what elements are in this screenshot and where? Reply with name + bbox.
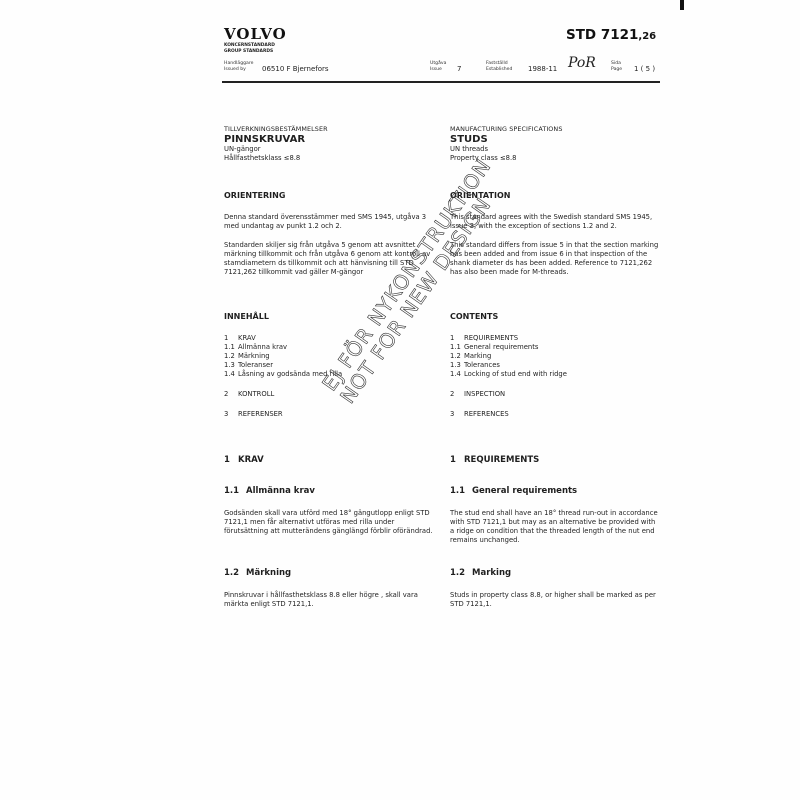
orientation-paragraph-1: Denna standard överensstämmer med SMS 19… (224, 213, 434, 231)
page-value: 1 ( 5 ) (634, 65, 655, 73)
toc-label: Låsning av godsända med rilla (238, 370, 342, 379)
toc-label: Tolerances (464, 361, 500, 370)
section-title: Märkning (246, 569, 291, 578)
toc-num: 1.1 (224, 343, 238, 352)
logo-sub-line-1: KONCERNSTANDARD (224, 43, 275, 49)
toc-num: 1.4 (450, 370, 464, 379)
toc-label: General requirements (464, 343, 538, 352)
standard-number-suffix: ,26 (638, 31, 656, 42)
toc-num: 1.2 (450, 352, 464, 361)
table-of-contents: 1REQUIREMENTS 1.1General requirements 1.… (450, 334, 660, 419)
section-1-heading: 1REQUIREMENTS (450, 456, 539, 465)
toc-item: 1KRAV (224, 334, 434, 343)
standard-number-main: STD 7121 (566, 27, 638, 43)
toc-item: 1.4Låsning av godsända med rilla (224, 370, 434, 379)
toc-item: 1.2Marking (450, 352, 660, 361)
header-divider (222, 81, 660, 83)
issue-label: Utgåva Issue (430, 61, 446, 72)
toc-item: 3REFERENCES (450, 410, 660, 419)
section-1-2-heading: 1.2Märkning (224, 569, 291, 578)
section-1-1-heading: 1.1Allmänna krav (224, 487, 315, 496)
toc-num: 1 (450, 334, 464, 343)
toc-label: Marking (464, 352, 491, 361)
section-title: Marking (472, 569, 511, 578)
section-num: 1.1 (224, 487, 246, 496)
orientation-heading: ORIENTERING (224, 191, 285, 200)
section-num: 1 (224, 456, 238, 465)
table-of-contents: 1KRAV 1.1Allmänna krav 1.2Märkning 1.3To… (224, 334, 434, 419)
subtitle-class: Hållfasthetsklass ≤8.8 (224, 154, 328, 163)
established-label: Fastställd Established (486, 61, 512, 72)
issued-by-value: 06510 F Bjernefors (262, 65, 329, 73)
section-title: General requirements (472, 487, 577, 496)
toc-num: 1 (224, 334, 238, 343)
page-label: Sida Page (611, 61, 622, 72)
toc-item: 3REFERENSER (224, 410, 434, 419)
section-title: KRAV (238, 456, 264, 465)
toc-item: 1.3Toleranser (224, 361, 434, 370)
orientation-paragraph-2: Standarden skiljer sig från utgåva 5 gen… (224, 241, 434, 277)
toc-item: 1.3Tolerances (450, 361, 660, 370)
issue-label-sv: Utgåva (430, 61, 446, 67)
issued-by-label-sv: Handläggare (224, 61, 253, 67)
section-1-1-body: Godsänden skall vara utförd med 18° gäng… (224, 509, 434, 536)
toc-num: 1.4 (224, 370, 238, 379)
established-value: 1988-11 (528, 65, 557, 73)
toc-num: 1.3 (450, 361, 464, 370)
section-1-1-body: The stud end shall have an 18° thread ru… (450, 509, 660, 545)
toc-label: REQUIREMENTS (464, 334, 518, 343)
standard-number: STD 7121,26 (566, 27, 656, 43)
toc-num: 3 (450, 410, 464, 419)
volvo-logo: VOLVO (224, 25, 287, 43)
logo-subtitle: KONCERNSTANDARD GROUP STANDARDS (224, 43, 275, 54)
toc-label: KRAV (238, 334, 256, 343)
toc-label: Märkning (238, 352, 270, 361)
issued-by-label: Handläggare Issued by (224, 61, 253, 72)
toc-num: 1.1 (450, 343, 464, 352)
section-1-2-body: Pinnskruvar i hållfasthetsklass 8.8 elle… (224, 591, 434, 609)
page-label-en: Page (611, 67, 622, 73)
contents-heading: CONTENTS (450, 312, 498, 321)
section-title: REQUIREMENTS (464, 456, 539, 465)
orientation-heading: ORIENTATION (450, 191, 510, 200)
section-num: 1.2 (450, 569, 472, 578)
section-title: Allmänna krav (246, 487, 315, 496)
subtitle-class: Property class ≤8.8 (450, 154, 562, 163)
toc-label: KONTROLL (238, 390, 274, 399)
toc-label: Locking of stud end with ridge (464, 370, 567, 379)
toc-num: 2 (224, 390, 238, 399)
section-1-2-heading: 1.2Marking (450, 569, 511, 578)
orientation-paragraph-1: This standard agrees with the Swedish st… (450, 213, 660, 231)
section-1-heading: 1KRAV (224, 456, 264, 465)
doc-title: STUDS (450, 134, 562, 145)
doc-title: PINNSKRUVAR (224, 134, 328, 145)
signature: PoR (568, 55, 596, 71)
toc-num: 2 (450, 390, 464, 399)
orientation-paragraph-2: This standard differs from issue 5 in th… (450, 241, 660, 277)
title-block-en: MANUFACTURING SPECIFICATIONS STUDS UN th… (450, 125, 562, 163)
section-1-1-heading: 1.1General requirements (450, 487, 577, 496)
subtitle-threads: UN threads (450, 145, 562, 154)
toc-num: 3 (224, 410, 238, 419)
scan-corner-mark (680, 0, 684, 10)
toc-label: REFERENCES (464, 410, 509, 419)
established-label-en: Established (486, 67, 512, 73)
toc-item: 1.1General requirements (450, 343, 660, 352)
toc-item: 1.4Locking of stud end with ridge (450, 370, 660, 379)
toc-label: REFERENSER (238, 410, 283, 419)
section-num: 1.2 (224, 569, 246, 578)
kicker: TILLVERKNINGSBESTÄMMELSER (224, 125, 328, 134)
toc-label: INSPECTION (464, 390, 505, 399)
page-label-sv: Sida (611, 61, 622, 67)
toc-item: 1.1Allmänna krav (224, 343, 434, 352)
toc-label: Allmänna krav (238, 343, 287, 352)
title-block-sv: TILLVERKNINGSBESTÄMMELSER PINNSKRUVAR UN… (224, 125, 328, 163)
section-num: 1.1 (450, 487, 472, 496)
kicker: MANUFACTURING SPECIFICATIONS (450, 125, 562, 134)
toc-item: 2INSPECTION (450, 390, 660, 399)
issued-by-label-en: Issued by (224, 67, 253, 73)
toc-num: 1.2 (224, 352, 238, 361)
toc-item: 1REQUIREMENTS (450, 334, 660, 343)
document-page: VOLVO KONCERNSTANDARD GROUP STANDARDS ST… (0, 0, 800, 800)
toc-item: 1.2Märkning (224, 352, 434, 361)
logo-sub-line-2: GROUP STANDARDS (224, 49, 275, 55)
toc-label: Toleranser (238, 361, 273, 370)
toc-item: 2KONTROLL (224, 390, 434, 399)
section-1-2-body: Studs in property class 8.8, or higher s… (450, 591, 660, 609)
section-num: 1 (450, 456, 464, 465)
issue-value: 7 (457, 65, 461, 73)
toc-num: 1.3 (224, 361, 238, 370)
contents-heading: INNEHÅLL (224, 312, 269, 321)
issue-label-en: Issue (430, 67, 446, 73)
subtitle-threads: UN-gängor (224, 145, 328, 154)
